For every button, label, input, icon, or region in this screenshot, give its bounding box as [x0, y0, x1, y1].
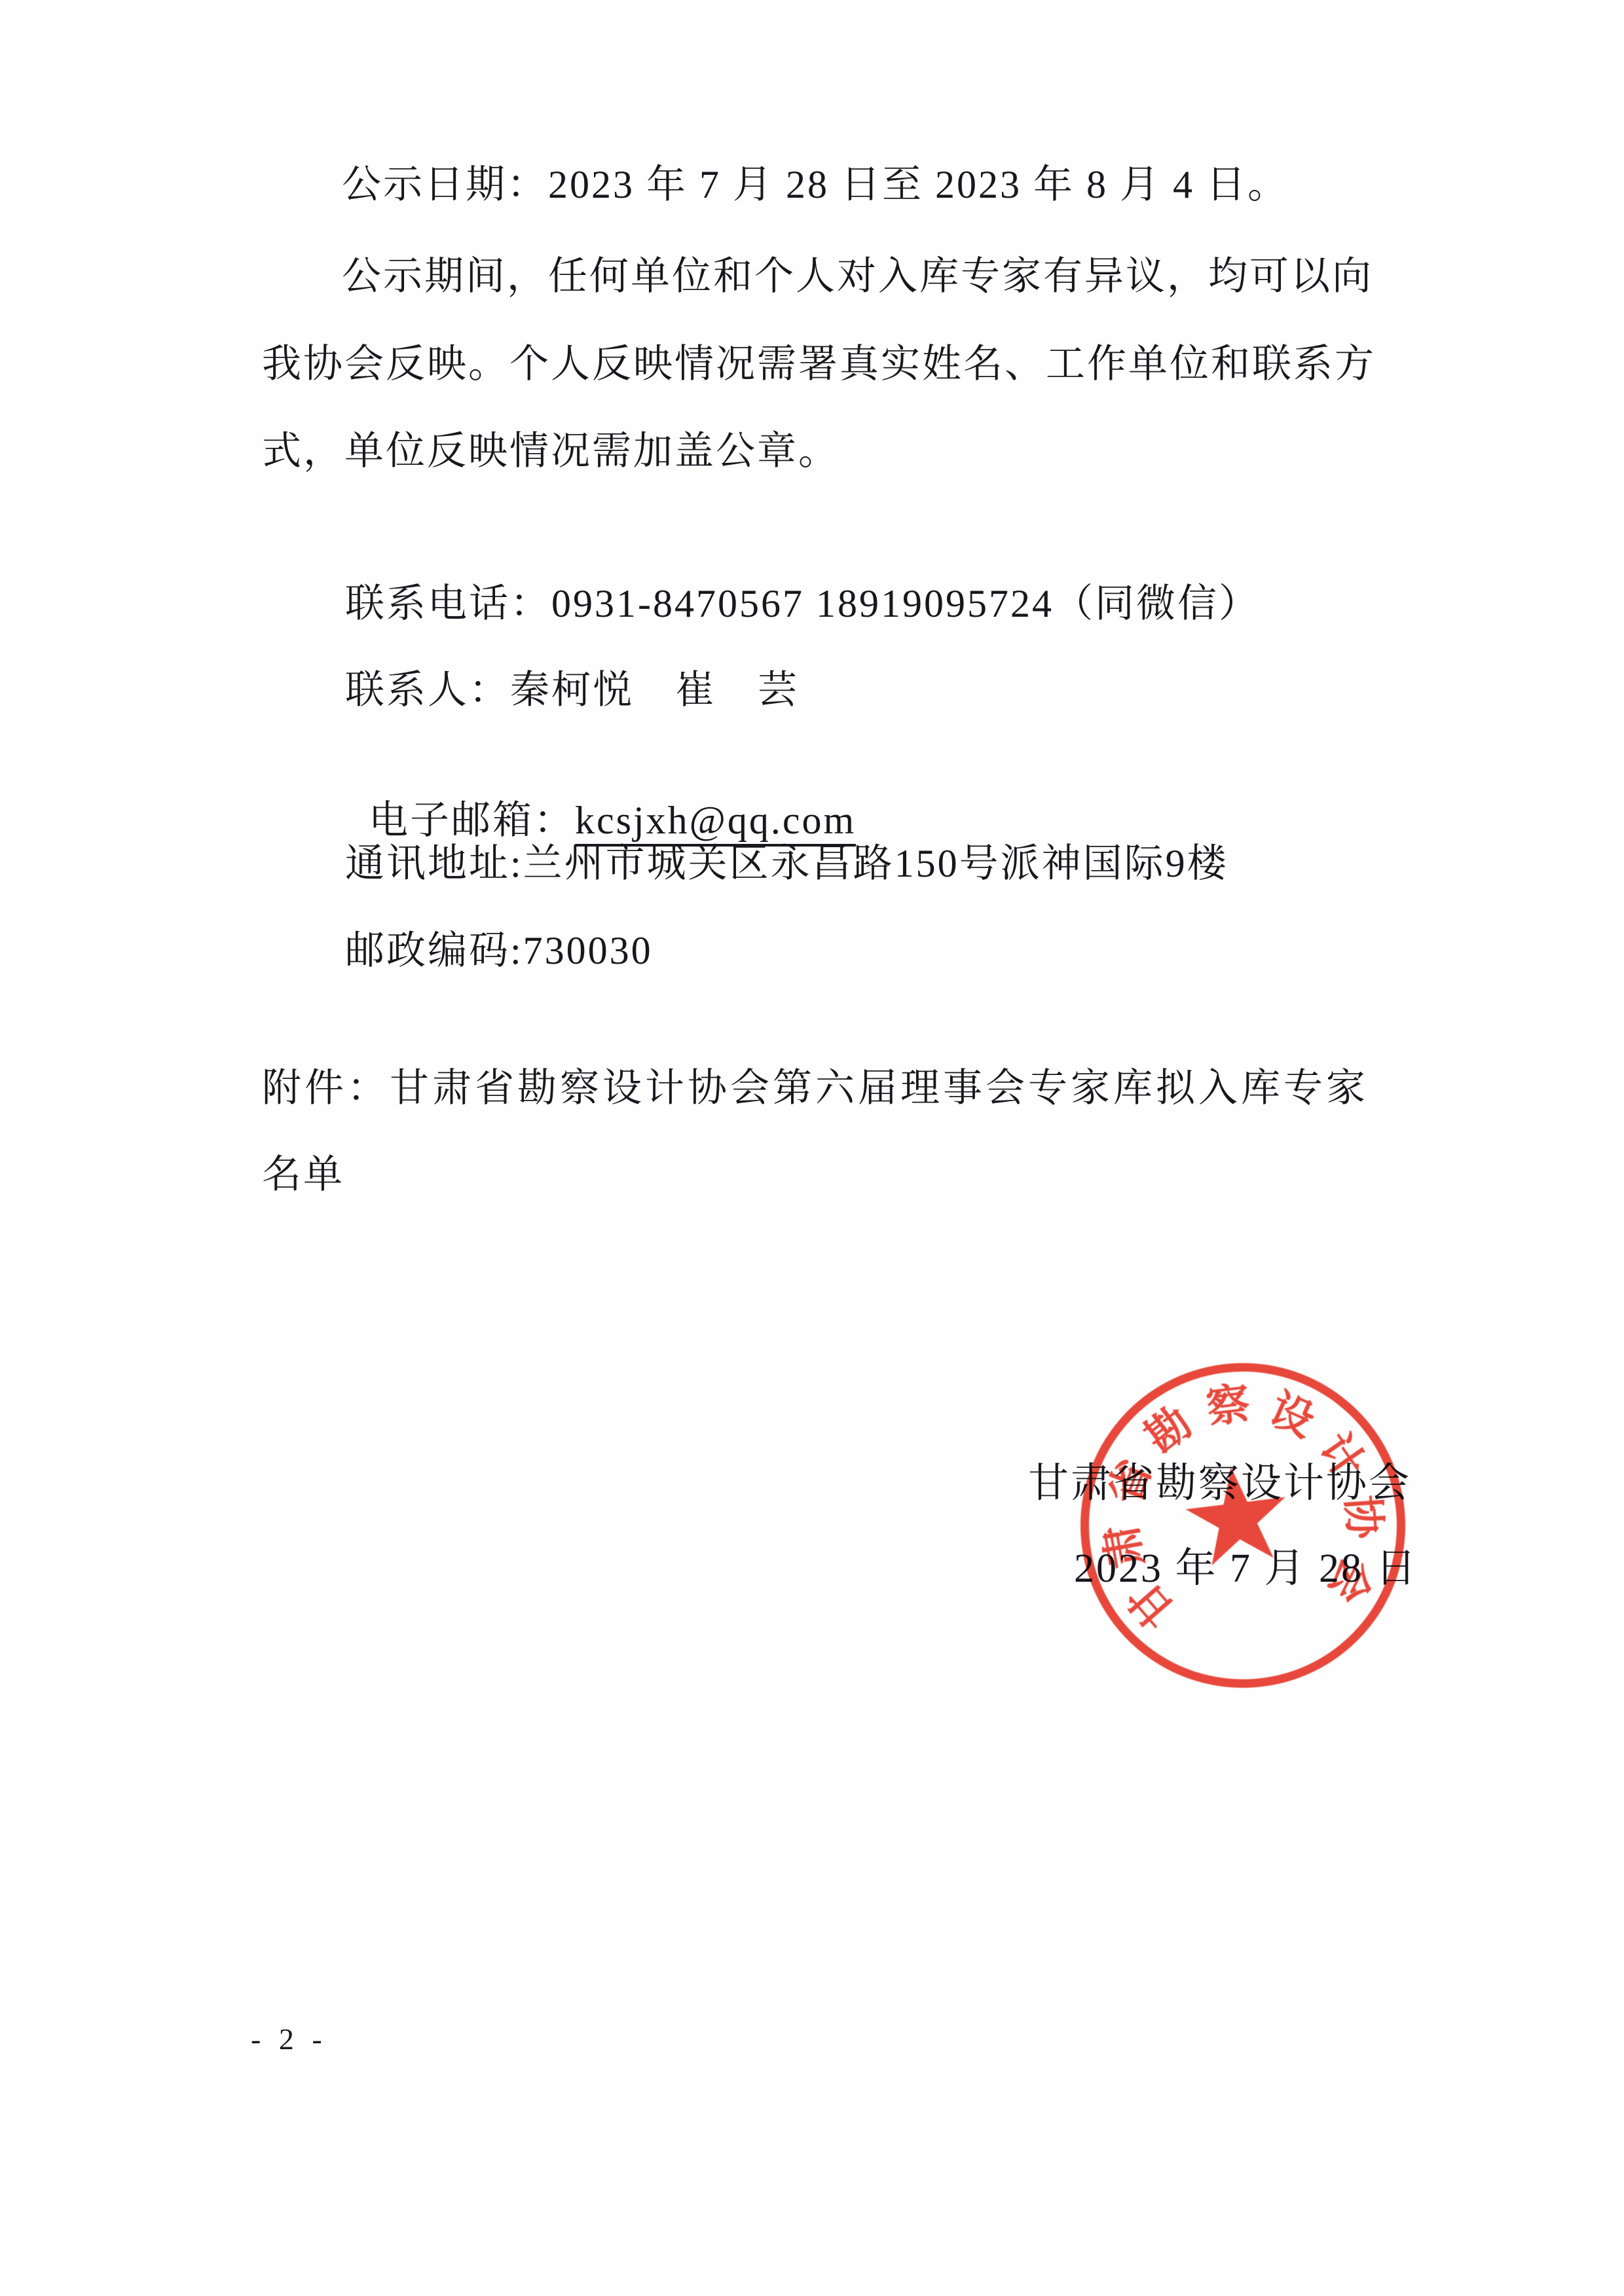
- seal-circle: 甘 肃 省 勘 察 设 计 协 会 ★: [1062, 1345, 1424, 1707]
- seal-ring-char: 省: [1101, 1452, 1162, 1513]
- seal-ring-char: 察: [1202, 1380, 1255, 1432]
- contact-phone-line: 联系电话：0931-8470567 18919095724（同微信）: [345, 581, 1260, 627]
- paragraph2-line2: 我协会反映。个人反映情况需署真实姓名、工作单位和联系方: [262, 342, 1376, 387]
- paragraph2-line3: 式，单位反映情况需加盖公章。: [262, 429, 840, 474]
- official-seal-stamp: 甘 肃 省 勘 察 设 计 协 会 ★: [1080, 1363, 1405, 1688]
- star-icon: ★: [1171, 1446, 1303, 1590]
- attachment-line2: 名单: [262, 1152, 344, 1197]
- attachment-line1: 附件：甘肃省勘察设计协会第六届理事会专家库拟入库专家: [262, 1066, 1369, 1111]
- page-number: - 2 -: [251, 2022, 327, 2056]
- contact-address-line: 通讯地址:兰州市城关区永昌路150号派神国际9楼: [345, 841, 1228, 886]
- seal-ring-char: 设: [1261, 1385, 1323, 1447]
- seal-ring-char: 计: [1308, 1424, 1374, 1489]
- seal-ring-char: 甘: [1119, 1571, 1186, 1637]
- email-label: 电子邮箱：: [369, 799, 575, 842]
- paragraph2-line1: 公示期间，任何单位和个人对入库专家有异议，均可以向: [342, 254, 1373, 299]
- contact-postcode-line: 邮政编码:730030: [345, 928, 653, 974]
- publicity-date-line: 公示日期：2023 年 7 月 28 日至 2023 年 8 月 4 日。: [342, 162, 1289, 208]
- contact-email-line: 电子邮箱：kcsjxh@qq.com: [345, 753, 856, 843]
- email-address: kcsjxh@qq.com: [575, 799, 856, 847]
- contact-person-line: 联系人：秦柯悦 崔 芸: [345, 668, 799, 713]
- seal-ring-char: 肃: [1098, 1519, 1152, 1573]
- seal-ring-char: 协: [1337, 1492, 1388, 1542]
- document-page: { "paragraphs": { "date_line": "公示日期：202…: [0, 0, 1624, 2296]
- seal-ring-char: 会: [1318, 1548, 1382, 1612]
